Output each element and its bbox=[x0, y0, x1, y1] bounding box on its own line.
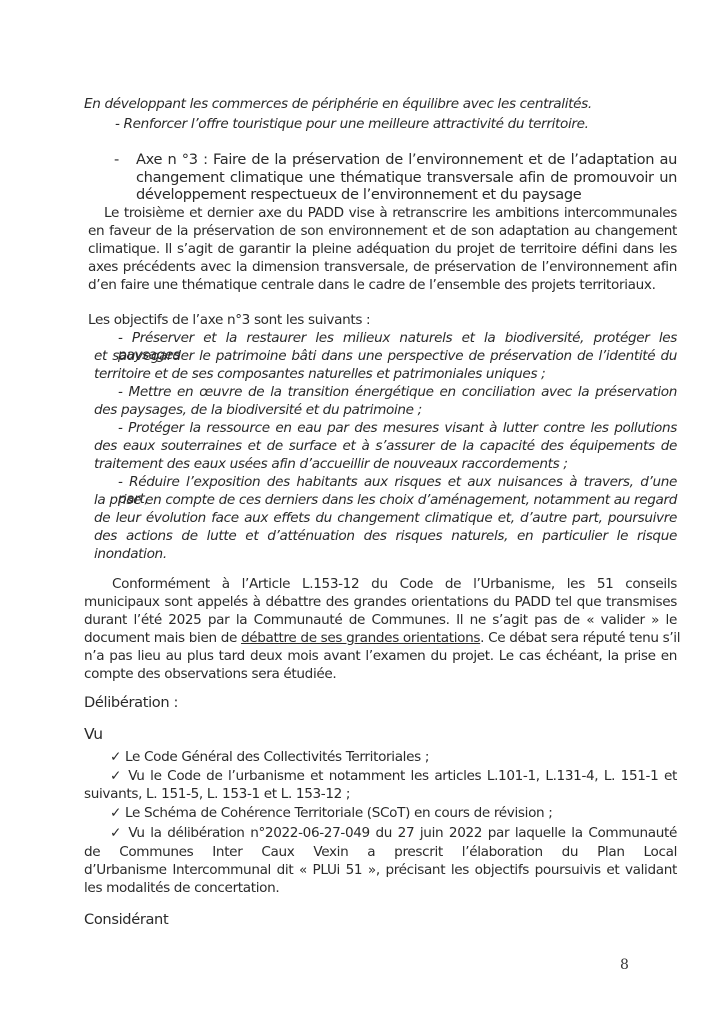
objectives-intro: Les objectifs de l’axe n°3 sont les suiv… bbox=[88, 312, 370, 329]
conformement-line-4-start: document mais bien de bbox=[84, 630, 241, 646]
vu-line-6: de Communes Inter Caux Vexin a prescrit … bbox=[84, 844, 677, 861]
axe3-heading-line-2: changement climatique une thématique tra… bbox=[136, 169, 677, 186]
vu-line-3: suivants, L. 151-5, L. 153-1 et L. 153-1… bbox=[84, 786, 350, 803]
page-number: 8 bbox=[620, 957, 629, 973]
axe3-heading-line-3: développement respectueux de l’environne… bbox=[136, 186, 581, 203]
objective-line-5: des paysages, de la biodiversité et du p… bbox=[94, 402, 422, 419]
vu-line-5: ✓ Vu la délibération n°2022-06-27-049 du… bbox=[110, 825, 677, 842]
objective-line-7: des eaux souterraines et de surface et à… bbox=[94, 438, 677, 455]
axe3-paragraph-line-1: Le troisième et dernier axe du PADD vise… bbox=[104, 205, 677, 222]
objective-line-6: - Protéger la ressource en eau par des m… bbox=[118, 420, 677, 437]
intro-line-2: - Renforcer l’offre touristique pour une… bbox=[115, 116, 589, 133]
axe3-heading-line-1: Axe n °3 : Faire de la préservation de l… bbox=[136, 151, 677, 168]
objective-line-2: et sauvegarder le patrimoine bâti dans u… bbox=[94, 348, 677, 365]
objective-line-3: territoire et de ses composantes naturel… bbox=[94, 366, 545, 383]
vu-line-4: ✓ Le Schéma de Cohérence Territoriale (S… bbox=[110, 805, 553, 822]
considerant-heading: Considérant bbox=[84, 911, 168, 928]
axe3-paragraph-line-4: axes précédents avec la dimension transv… bbox=[88, 259, 677, 276]
objective-line-11: de leur évolution face aux effets du cha… bbox=[94, 510, 677, 527]
vu-line-2: ✓ Vu le Code de l’urbanisme et notamment… bbox=[110, 768, 677, 785]
deliberation-heading: Délibération : bbox=[84, 694, 178, 711]
axe3-paragraph-line-5: d’en faire une thématique centrale dans … bbox=[88, 277, 656, 294]
conformement-line-4: document mais bien de débattre de ses gr… bbox=[84, 630, 680, 647]
vu-heading: Vu bbox=[84, 726, 103, 743]
conformement-line-6: compte des observations sera étudiée. bbox=[84, 666, 336, 683]
vu-line-1: ✓ Le Code Général des Collectivités Terr… bbox=[110, 749, 429, 766]
conformement-line-2: municipaux sont appelés à débattre des g… bbox=[84, 594, 677, 611]
conformement-line-4-end: . Ce débat sera réputé tenu s’il bbox=[480, 630, 680, 646]
document-page: En développant les commerces de périphér… bbox=[0, 0, 724, 1024]
axe3-paragraph-line-2: en faveur de la préservation de son envi… bbox=[88, 223, 677, 240]
conformement-line-3: durant l’été 2025 par la Communauté de C… bbox=[84, 612, 677, 629]
conformement-line-1: Conformément à l’Article L.153-12 du Cod… bbox=[112, 576, 677, 593]
axe3-bullet: - bbox=[114, 151, 119, 168]
objective-line-4: - Mettre en œuvre de la transition énerg… bbox=[118, 384, 677, 401]
underlined-debattre-orientations: débattre de ses grandes orientations bbox=[241, 630, 480, 646]
objective-line-12: des actions de lutte et d’atténuation de… bbox=[94, 528, 677, 545]
vu-line-8: les modalités de concertation. bbox=[84, 880, 279, 897]
vu-line-7: d’Urbanisme Intercommunal dit « PLUi 51 … bbox=[84, 862, 677, 879]
intro-line-1: En développant les commerces de périphér… bbox=[84, 96, 592, 113]
objective-line-10: la prise en compte de ces derniers dans … bbox=[94, 492, 677, 509]
objective-line-8: traitement des eaux usées afin d’accueil… bbox=[94, 456, 568, 473]
axe3-paragraph-line-3: climatique. Il s’agit de garantir la ple… bbox=[88, 241, 677, 258]
conformement-line-5: n’a pas lieu au plus tard deux mois avan… bbox=[84, 648, 677, 665]
objective-line-13: inondation. bbox=[94, 546, 167, 563]
